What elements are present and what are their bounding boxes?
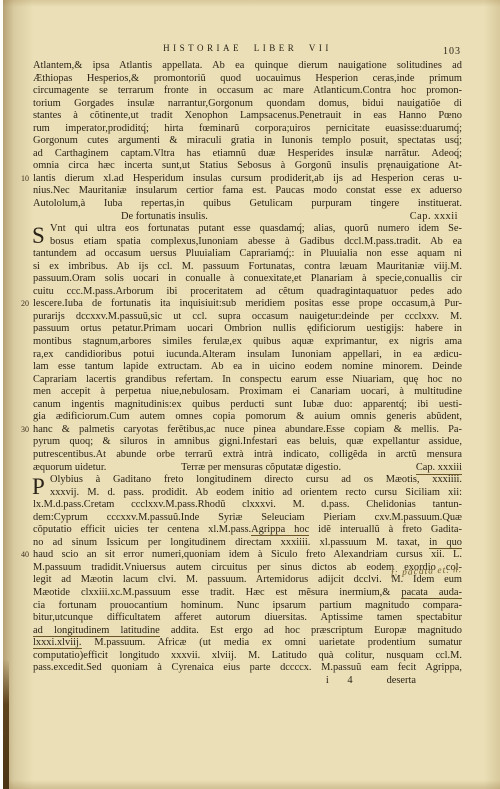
text-line: cia fortunam prouocantium hominum. Nunc …: [33, 600, 462, 613]
chapter-title: De fortunatis insulis.: [121, 211, 208, 224]
text-segment: pass.excedit.Sed quoniam à Cyrenaica eiu…: [33, 662, 462, 673]
text-segment: circumagente se terrarum fronte in occas…: [33, 85, 462, 96]
catchword-row: i 4deserta: [33, 675, 462, 688]
paragraph: SVnt qui ultra eos fortunatas putant ess…: [33, 223, 462, 461]
text-line: passuum ortus petatur.Primam uocari Ombr…: [33, 323, 462, 336]
text-line: Caprariam lacertis grandibus refertam. I…: [33, 374, 462, 387]
text-segment: computatio)efficit longitudo: [33, 650, 171, 661]
ink-underlined-text: Agrippa hoc: [251, 524, 309, 535]
ink-underlined-text: pacata auda-: [401, 587, 462, 598]
binding-edge-shadow: [3, 659, 9, 789]
chapter-number: Cap. xxxiii: [416, 462, 462, 475]
text-segment: rum imperator,prodiditq́; hirta fœminarũ…: [33, 123, 462, 134]
chapter-title: Terræ per mensuras cõputatæ digestio.: [181, 462, 341, 475]
text-line: circumagente se terrarum fronte in occas…: [33, 85, 462, 98]
text-line: computatio)efficit longitudo xxxvii. xlv…: [33, 650, 462, 663]
text-line: canum ingentis magnitudinis:ex quibus pe…: [33, 399, 462, 412]
ink-underlined-text: in quo: [429, 537, 462, 548]
text-line: cõputatio efficit uicies ter centena xl.…: [33, 524, 462, 537]
text-segment: gia ædificiorum.Cum autem omnes copia po…: [33, 411, 462, 422]
margin-line-number: 20: [13, 298, 29, 311]
text-segment: Caprariam lacertis grandibus refertam. I…: [33, 374, 462, 385]
text-segment: Æthiopas Hesperios,& promontoriũ quod uo…: [33, 73, 462, 84]
text-segment: haud scio an sit error numeri,quoniam id…: [33, 549, 431, 560]
text-line: pass.excedit.Sed quoniam à Cyrenaica eiu…: [33, 662, 462, 675]
text-line: men accepit à perpetua niue,nebulosam. P…: [33, 386, 462, 399]
text-line: lx.M.d.pass.Cretam ccclxxv.M.pass.Rhodũ …: [33, 499, 462, 512]
text-segment: Autololum,à Iuba repertas,in quibus Getu…: [33, 198, 462, 209]
text-segment: addita. Est ergo ad hoc præscriptum Euro…: [160, 625, 462, 636]
text-block: Atlantem,& ipsa Atlantis appellata. Ab e…: [33, 60, 462, 687]
text-segment: cõputatio efficit uicies ter centena xl.…: [33, 524, 251, 535]
text-segment: tantundem ad occasum uersus Pluuialiam C…: [33, 248, 462, 259]
text-segment: Gorgonum cutes argumenti & miraculi grat…: [33, 135, 462, 146]
overlined-numeral: clvi.: [158, 574, 176, 585]
text-line: ad longitudinem latitudine addita. Est e…: [33, 625, 462, 638]
text-line: ra,ex candidioribus potui iucunda.Altera…: [33, 349, 462, 362]
text-segment: Vnt qui ultra eos fortunatas putant esse…: [50, 223, 462, 234]
text-line: cuitu ccc.M.pass.Arborum ibi proceritate…: [33, 286, 462, 299]
text-segment: bosus etiam spatia complexus,Iunoniam ab…: [50, 236, 462, 247]
ink-underlined-text: lxxxi.xlviij.: [33, 637, 82, 648]
book-page-scan: HISTORIAE LIBER VII 103 Atlantem,& ipsa …: [3, 0, 500, 789]
text-segment: xc.M.passuum esse tradit. Hæc est mẽsura…: [110, 587, 401, 598]
text-segment: stantes à cõtinente,ut tradit Xenophon L…: [33, 110, 462, 121]
overlined-numeral: clxxiii.: [81, 587, 110, 598]
text-segment: ad Carthaginem captam.Vltra has etiamnũ …: [33, 148, 462, 159]
text-line: lxxxi.xlviij. M.passuum. Africæ (ut medi…: [33, 637, 462, 650]
page-number: 103: [443, 45, 461, 58]
text-segment: lx.M.d.pass.Cretam ccclxxv.M.pass.Rhodũ …: [33, 499, 462, 510]
text-line: rum imperator,prodiditq́; hirta fœminarũ…: [33, 123, 462, 136]
text-segment: si ex imbribus. Ab ijs ccl. M. passuum F…: [33, 261, 462, 272]
text-segment: lantis dierum xl.ad Hesperidum insulas c…: [33, 173, 462, 184]
drop-cap-initial: P: [32, 475, 45, 498]
text-line: hanc & palmetis caryotas ferẽtibus,ac nu…: [33, 424, 462, 437]
text-line: ad Carthaginem captam.Vltra has etiamnũ …: [33, 148, 462, 161]
paragraph: Atlantem,& ipsa Atlantis appellata. Ab e…: [33, 60, 462, 211]
drop-cap-initial: S: [32, 224, 45, 247]
text-segment: legit ad Mæotin lacum: [33, 574, 158, 585]
text-segment: montibus stagnum,arbores similes ferulæ,…: [33, 336, 462, 347]
overlined-numeral: xii:: [448, 487, 462, 498]
text-segment: canum ingentis magnitudinis:ex quibus pe…: [33, 399, 462, 410]
text-line: Autololum,à Iuba repertas,in quibus Getu…: [33, 198, 462, 211]
paragraph-end-text: æquorum uidetur.: [33, 462, 106, 475]
text-segment: hanc & palmetis caryotas ferẽtibus,ac nu…: [33, 424, 462, 435]
overlined-numeral: xii. L.: [431, 549, 462, 560]
text-line: purarijs dccxxv.M.passuũ,sic ut ccl. sup…: [33, 311, 462, 324]
text-line: Mæotide clxxiii.xc.M.passuum esse tradit…: [33, 587, 462, 600]
text-line: nius.Nec Mauritaniæ insularum certior fa…: [33, 185, 462, 198]
text-segment: cia fortunam prouocantium hominum. Nunc …: [33, 600, 462, 611]
text-segment: M.passuum. Africæ (ut media ex omni uari…: [82, 637, 463, 648]
text-line: lantis dierum xl.ad Hesperidum insulas c…: [33, 173, 462, 186]
text-line: gia ædificiorum.Cum autem omnes copia po…: [33, 411, 462, 424]
inline-chapter-heading-row: æquorum uidetur.Terræ per mensuras cõput…: [33, 462, 462, 475]
text-segment: xxxvij. M. d. pass. prodidit. Ab eodem i…: [50, 487, 448, 498]
ink-underlined-text: ad longitudinem latitudine: [33, 625, 160, 636]
text-line: putrescentibus.At abunde orbe terrarũ ex…: [33, 449, 462, 462]
text-line: pyrum quoq; & siluros in amnibus gigni.I…: [33, 436, 462, 449]
running-title: HISTORIAE LIBER VII: [30, 42, 465, 55]
text-line: Atlantem,& ipsa Atlantis appellata. Ab e…: [33, 60, 462, 73]
text-segment: cuitu ccc.M.pass.Arborum ibi proceritate…: [33, 286, 462, 297]
text-segment: putrescentibus.At abunde orbe terrarũ ex…: [33, 449, 462, 460]
overlined-numeral: xxxiiii.: [432, 474, 462, 485]
text-line: xxxvij. M. d. pass. prodidit. Ab eodem i…: [33, 487, 462, 500]
text-line: bosus etiam spatia complexus,Iunoniam ab…: [33, 236, 462, 249]
text-line: omnia circa hæc incerta sunt,ut Statius …: [33, 160, 462, 173]
margin-line-number: 10: [13, 173, 29, 186]
text-segment: idẽ interuallũ à freto Gadita-: [309, 524, 462, 535]
text-line: Gorgonum cutes argumenti & miraculi grat…: [33, 135, 462, 148]
chapter-heading-row: De fortunatis insulis.Cap. xxxii: [33, 211, 462, 224]
text-segment: pyrum quoq; & siluros in amnibus gigni.I…: [33, 436, 462, 447]
text-segment: Atlantem,& ipsa Atlantis appellata. Ab e…: [33, 60, 462, 71]
margin-line-number: 30: [13, 424, 29, 437]
overlined-numeral: xxxvii.: [171, 650, 200, 661]
text-line: lescere.Iuba de fortunatis ita inquisiui…: [33, 298, 462, 311]
text-segment: men accepit à perpetua niue,nebulosam. P…: [33, 386, 462, 397]
text-line: montibus stagnum,arbores similes ferulæ,…: [33, 336, 462, 349]
text-line: torium Gorgades insulæ narrantur,Gorgonu…: [33, 98, 462, 111]
text-segment: no ad sinum Issicum per longitudinem dir…: [33, 537, 281, 548]
text-segment: omnia circa hæc incerta sunt,ut Statius …: [33, 160, 462, 171]
text-segment: lam esse tantum lapide extructam. Ab ea …: [33, 361, 462, 372]
text-line: si ex imbribus. Ab ijs ccl. M. passuum F…: [33, 261, 462, 274]
signature-mark: i 4: [326, 675, 361, 688]
overlined-numeral: xxxiiii.: [281, 537, 311, 548]
text-segment: passuum ortus petatur.Primam uocari Ombr…: [33, 323, 462, 334]
text-line: bitur,utcunque difficultatem afferet aut…: [33, 612, 462, 625]
text-line: no ad sinum Issicum per longitudinem dir…: [33, 537, 462, 550]
text-line: stantes à cõtinente,ut tradit Xenophon L…: [33, 110, 462, 123]
text-segment: dem:Cyprum cccxxv.M.passuũ.Inde Syriæ Se…: [33, 512, 462, 523]
text-segment: torium Gorgades insulæ narrantur,Gorgonu…: [33, 98, 462, 109]
text-segment: passuum.Oram solis uocari in conualle à …: [33, 273, 462, 284]
text-segment: nius.Nec Mauritaniæ insularum certior fa…: [33, 185, 462, 196]
text-segment: xlviij. M. Latitudo quà colitur, nusquam…: [200, 650, 462, 661]
text-line: tantundem ad occasum uersus Pluuialiam C…: [33, 248, 462, 261]
margin-line-number: 40: [13, 549, 29, 562]
text-segment: purarijs dccxxv.M.passuũ,sic ut ccl. sup…: [33, 311, 462, 322]
text-segment: Mæotide: [33, 587, 81, 598]
text-line: haud scio an sit error numeri,quoniam id…: [33, 549, 462, 562]
running-header: HISTORIAE LIBER VII 103: [30, 42, 465, 55]
text-line: dem:Cyprum cccxxv.M.passuũ.Inde Syriæ Se…: [33, 512, 462, 525]
text-line: passuum.Oram solis uocari in conualle à …: [33, 273, 462, 286]
text-line: Vnt qui ultra eos fortunatas putant esse…: [33, 223, 462, 236]
catchword: deserta: [387, 675, 416, 688]
text-segment: ra,ex candidioribus potui iucunda.Altera…: [33, 349, 462, 360]
text-segment: bitur,utcunque difficultatem afferet aut…: [33, 612, 462, 623]
text-segment: lescere.Iuba de fortunatis ita inquisiui…: [33, 298, 462, 309]
text-segment: xl.passuum M. taxat,: [310, 537, 429, 548]
text-segment: Olybius à Gaditano freto longitudinem di…: [50, 474, 432, 485]
text-line: Æthiopas Hesperios,& promontoriũ quod uo…: [33, 73, 462, 86]
text-line: Olybius à Gaditano freto longitudinem di…: [33, 474, 462, 487]
text-line: lam esse tantum lapide extructam. Ab ea …: [33, 361, 462, 374]
chapter-number: Cap. xxxii: [410, 211, 458, 224]
